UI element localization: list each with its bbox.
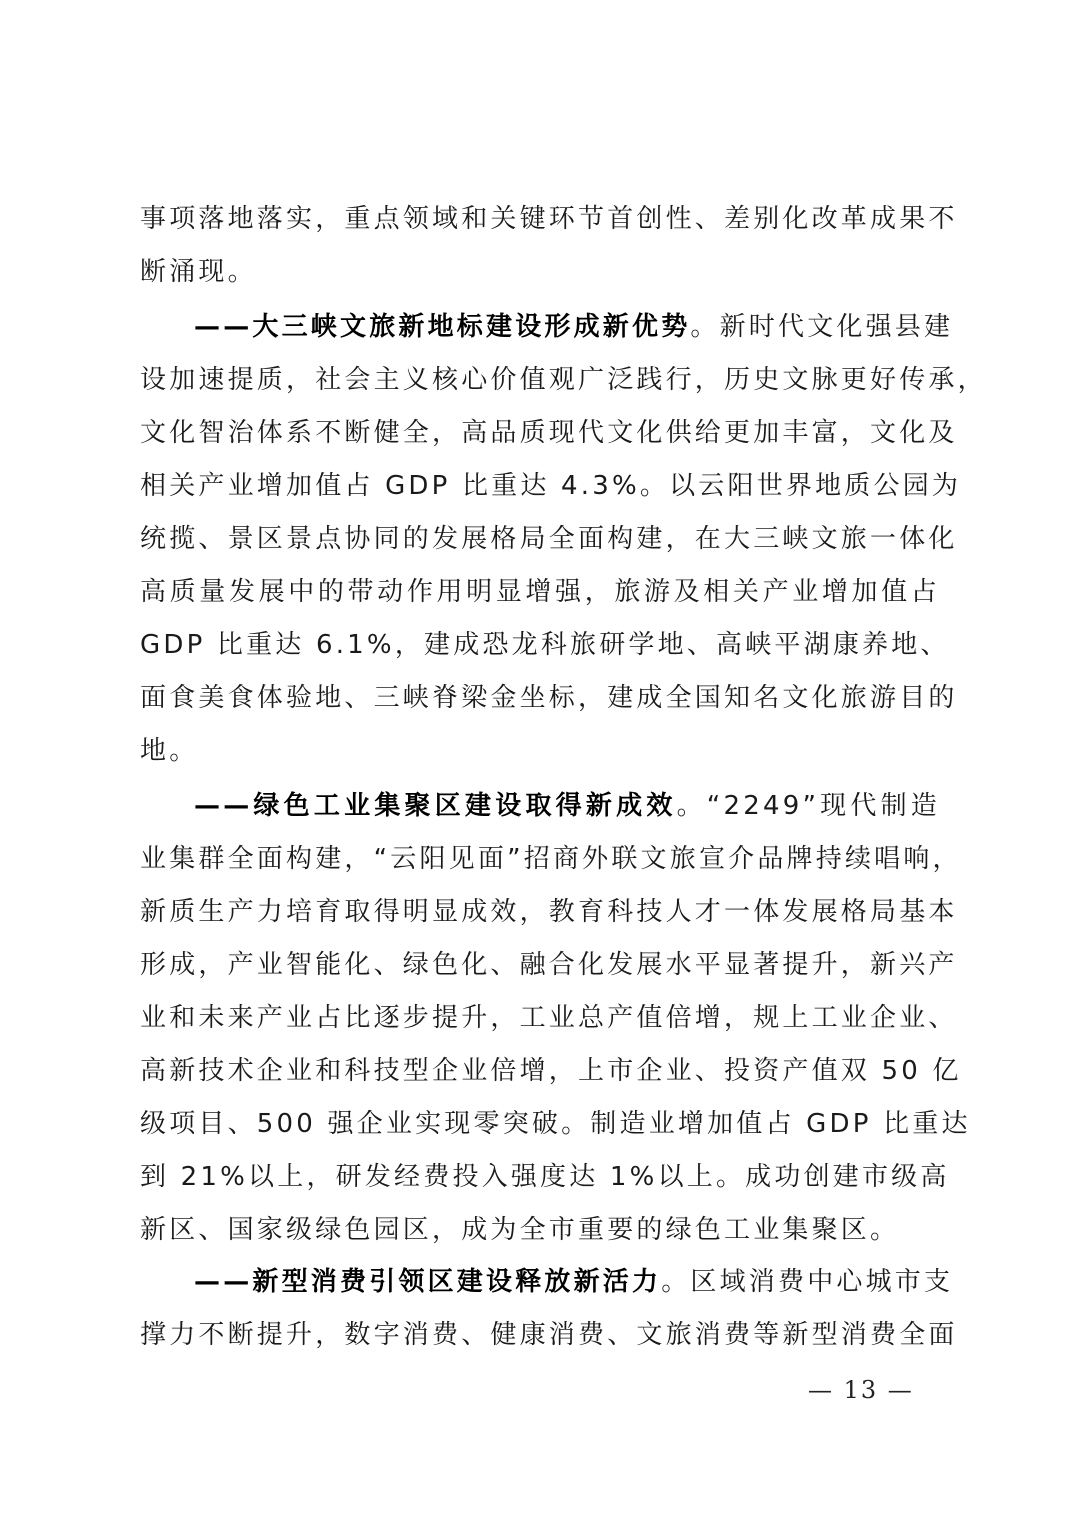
section-heading-line: ——大三峡文旅新地标建设形成新优势。新时代文化强县建 bbox=[194, 311, 940, 343]
section-heading-new-consumption: ——新型消费引领区建设释放新活力 bbox=[194, 1267, 661, 1297]
body-line: 新质生产力培育取得明显成效，教育科技人才一体发展格局基本 bbox=[140, 896, 940, 928]
body-line: 业集群全面构建，“云阳见面”招商外联文旅宣介品牌持续唱响， bbox=[140, 843, 940, 875]
section-heading-line: ——绿色工业集聚区建设取得新成效。“2249”现代制造 bbox=[194, 790, 940, 822]
body-line: 文化智治体系不断健全，高品质现代文化供给更加丰富，文化及 bbox=[140, 417, 940, 449]
body-line: 相关产业增加值占 GDP 比重达 4.3%。以云阳世界地质公园为 bbox=[140, 470, 940, 502]
body-line: 形成，产业智能化、绿色化、融合化发展水平显著提升，新兴产 bbox=[140, 949, 940, 981]
body-line: GDP 比重达 6.1%，建成恐龙科旅研学地、高峡平湖康养地、 bbox=[140, 629, 940, 661]
document-page: 事项落地落实，重点领域和关键环节首创性、差别化改革成果不 断涌现。 ——大三峡文… bbox=[0, 0, 1074, 1520]
body-line: 新区、国家级绿色园区，成为全市重要的绿色工业集聚区。 bbox=[140, 1214, 940, 1246]
body-line: 面食美食体验地、三峡脊梁金坐标，建成全国知名文化旅游目的 bbox=[140, 682, 940, 714]
section-heading-cultural-tourism: ——大三峡文旅新地标建设形成新优势 bbox=[194, 312, 690, 342]
body-line: 业和未来产业占比逐步提升，工业总产值倍增，规上工业企业、 bbox=[140, 1002, 940, 1034]
section-heading-green-industry: ——绿色工业集聚区建设取得新成效 bbox=[194, 791, 677, 821]
section-heading-continuation: 。新时代文化强县建 bbox=[690, 312, 953, 342]
body-line: 高质量发展中的带动作用明显增强，旅游及相关产业增加值占 bbox=[140, 576, 940, 608]
section-heading-continuation: 。区域消费中心城市支 bbox=[661, 1267, 953, 1297]
body-line: 断涌现。 bbox=[140, 256, 940, 288]
body-line: 高新技术企业和科技型企业倍增，上市企业、投资产值双 50 亿 bbox=[140, 1055, 940, 1087]
body-line: 统揽、景区景点协同的发展格局全面构建，在大三峡文旅一体化 bbox=[140, 523, 940, 555]
body-line: 地。 bbox=[140, 735, 940, 767]
section-heading-line: ——新型消费引领区建设释放新活力。区域消费中心城市支 bbox=[194, 1266, 940, 1298]
section-heading-continuation: 。“2249”现代制造 bbox=[677, 791, 940, 821]
body-line: 设加速提质，社会主义核心价值观广泛践行，历史文脉更好传承， bbox=[140, 364, 940, 396]
body-line: 事项落地落实，重点领域和关键环节首创性、差别化改革成果不 bbox=[140, 203, 940, 235]
body-line: 撑力不断提升，数字消费、健康消费、文旅消费等新型消费全面 bbox=[140, 1319, 940, 1351]
page-number: — 13 — bbox=[808, 1376, 914, 1404]
body-line: 到 21%以上，研发经费投入强度达 1%以上。成功创建市级高 bbox=[140, 1161, 940, 1193]
body-line: 级项目、500 强企业实现零突破。制造业增加值占 GDP 比重达 bbox=[140, 1108, 940, 1140]
